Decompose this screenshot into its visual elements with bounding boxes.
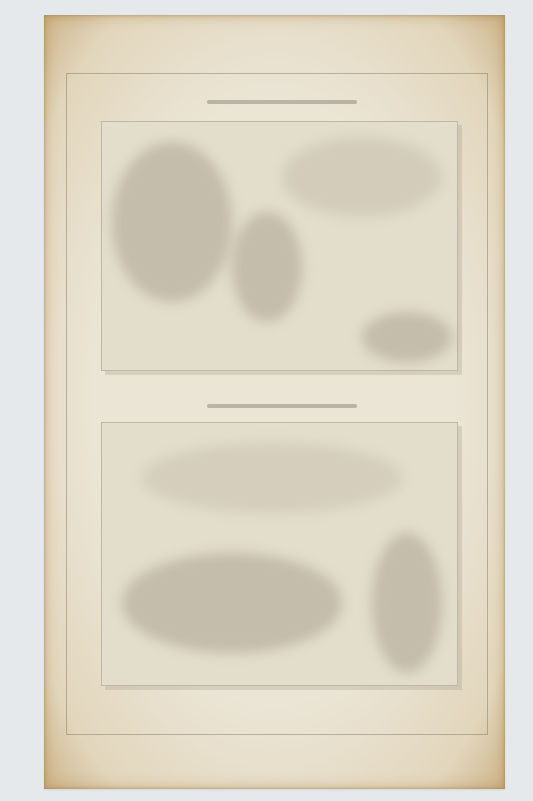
scene-sky bbox=[282, 137, 442, 217]
cartouche-bar-bottom bbox=[207, 404, 357, 408]
engraving-panel-top bbox=[101, 121, 458, 371]
cartouche-bar-top bbox=[207, 100, 357, 104]
scene-seated-figure bbox=[372, 533, 442, 673]
scene-animals bbox=[122, 553, 342, 653]
paper-sheet bbox=[44, 15, 505, 789]
scene-rider bbox=[232, 212, 302, 322]
scene-rocks bbox=[362, 312, 452, 362]
scene-trees bbox=[112, 142, 232, 302]
plate-mark-border bbox=[66, 73, 488, 735]
scene-sky bbox=[142, 443, 402, 513]
engraving-panel-bottom bbox=[101, 422, 458, 686]
